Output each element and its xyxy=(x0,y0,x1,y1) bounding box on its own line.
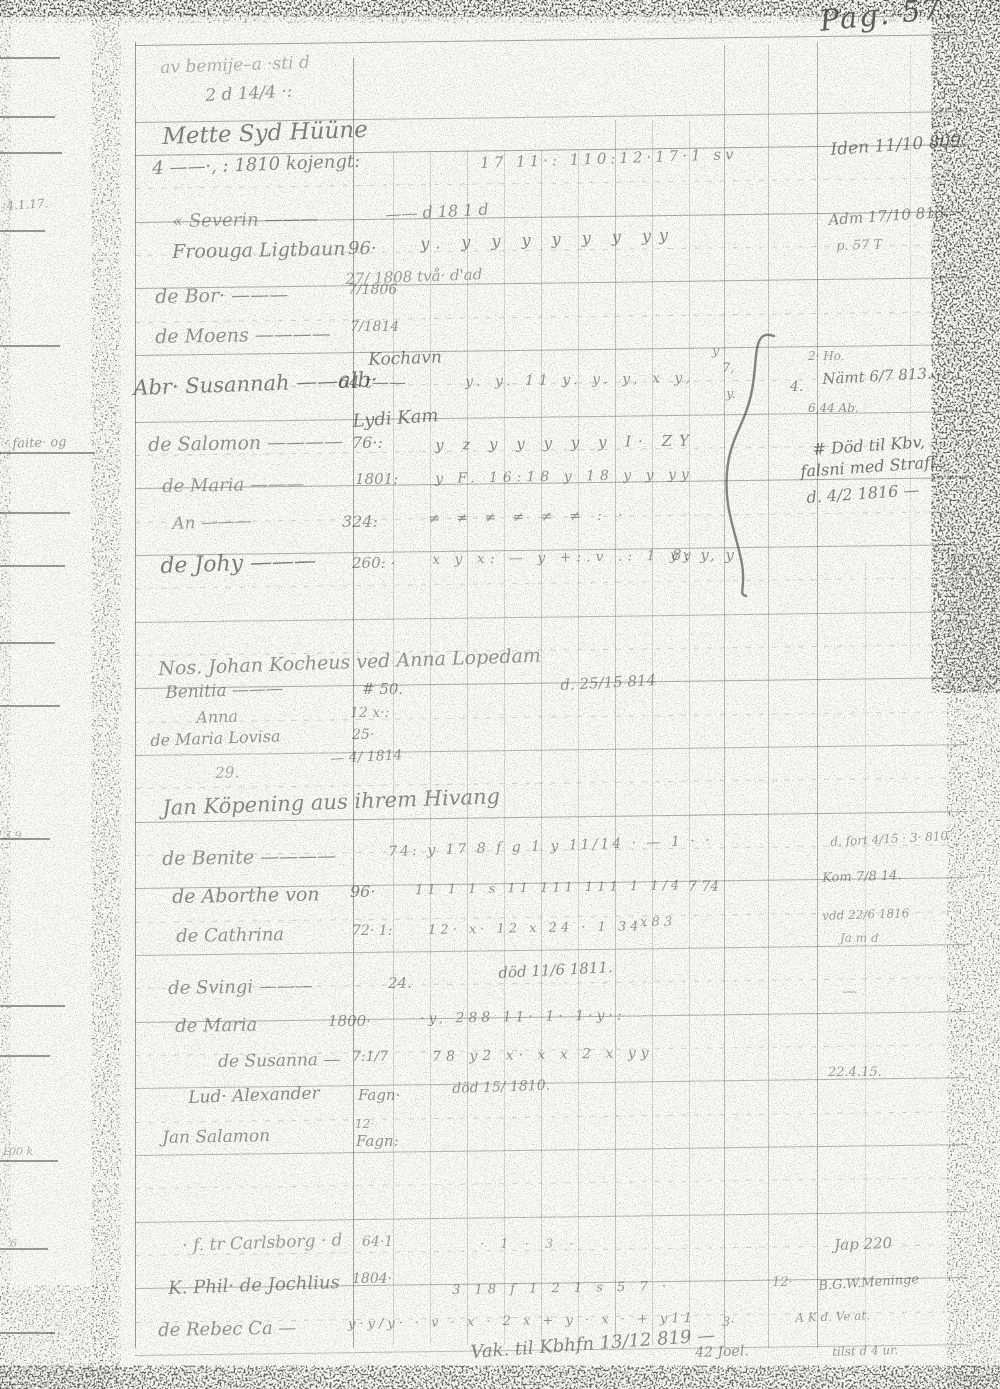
handwritten-text: 260: · xyxy=(352,556,395,571)
handwritten-text: de Johy ——— xyxy=(160,551,316,578)
handwritten-text: 12· x· 12 x 24 · 1 34· xyxy=(428,920,651,937)
handwritten-text: 96· xyxy=(350,884,375,900)
handwritten-text: 1800· xyxy=(328,1014,371,1029)
handwritten-text: x 8 3 xyxy=(640,916,672,929)
handwritten-text: 7 74 xyxy=(688,880,719,894)
handwritten-text: de Salomon ———— xyxy=(148,433,343,455)
left-page-line-stub xyxy=(0,230,45,232)
handwritten-text: 25· xyxy=(352,728,374,742)
handwritten-text: Jap 220 xyxy=(834,1236,892,1253)
row-rule-line xyxy=(135,944,968,956)
handwritten-text: 76·: xyxy=(352,435,383,451)
handwritten-text: ≠ ≠ ≠ ≠ ≠ ≠ : · xyxy=(428,508,629,526)
handwritten-text: · faite· og xyxy=(4,436,67,451)
left-page-line-stub xyxy=(0,1005,65,1007)
handwritten-text: 3· xyxy=(722,1316,734,1329)
handwritten-text: död 11/6 1811. xyxy=(498,960,613,981)
handwritten-text: 72· 1: xyxy=(352,924,392,938)
handwritten-text: 6 xyxy=(10,1238,17,1249)
column-rule-line xyxy=(689,120,690,1345)
handwritten-text: p. 57 T xyxy=(836,238,882,253)
column-rule-line xyxy=(652,120,653,1345)
row-rule-line xyxy=(135,577,968,589)
handwritten-text: Jan Salamon xyxy=(162,1128,270,1147)
handwritten-text: d. 25/15 814 xyxy=(560,673,656,693)
handwritten-text: # 50. xyxy=(362,682,403,697)
handwritten-text: Kom 7/8 14. xyxy=(822,869,902,885)
left-page-line-stub xyxy=(0,565,65,567)
handwritten-text: Adm 17/10 813. xyxy=(828,205,950,228)
handwritten-text: Vak. til Kbhfn 13/12 819 — xyxy=(470,1327,716,1362)
scanned-ledger-page: Pag. 57. av bemije–a ·sti d2 d 14/4 ·:Me… xyxy=(0,0,1000,1389)
row-rule-line xyxy=(135,311,968,323)
column-rule-line xyxy=(768,45,769,1348)
handwritten-text: de Benite ———— xyxy=(162,847,336,869)
handwritten-text: Froouga Ligtbaun xyxy=(172,240,346,262)
handwritten-text: 64 t—— xyxy=(338,375,406,392)
handwritten-text: de Rebec Ca — xyxy=(158,1320,297,1340)
left-page-line-stub xyxy=(0,345,60,347)
left-page-line-stub xyxy=(0,1248,48,1250)
bottom-left-stain xyxy=(0,1295,100,1389)
row-rule-line xyxy=(135,711,968,723)
handwritten-text: 22.4.15. xyxy=(828,1066,882,1079)
scan-noise-overlay xyxy=(0,0,1000,1389)
handwritten-text: ·y, 288 11· 1· 1·y·: xyxy=(420,1008,626,1026)
left-page-line-stub xyxy=(0,1055,50,1057)
handwritten-text: de Aborthe von xyxy=(172,885,320,907)
handwritten-text: de Bor· ——— xyxy=(155,286,288,307)
handwritten-text: Fagn· xyxy=(358,1088,400,1103)
handwritten-text: Nämt 6/7 813. xyxy=(822,366,932,387)
handwritten-text: Iden 11/10 809. xyxy=(830,132,967,158)
paper-grain xyxy=(0,0,1000,1389)
handwritten-text: x y x: — y +:.v .: 1 yy xyxy=(432,548,696,567)
handwritten-text: 24. xyxy=(388,976,412,991)
right-edge-shadow xyxy=(938,0,1000,630)
handwritten-text: de Maria xyxy=(175,1017,257,1036)
handwritten-text: 12 x·: xyxy=(350,706,389,720)
handwritten-text: 324: xyxy=(342,514,378,530)
handwritten-text: 29. xyxy=(215,765,239,781)
column-rule-line xyxy=(504,150,505,1345)
handwritten-text: 2 d 14/4 ·: xyxy=(205,83,293,105)
handwritten-text: « Severin ——— xyxy=(172,210,319,231)
handwritten-text: 74: y 17 8 f g 1 y 11/14 · — 1 · · xyxy=(388,834,713,859)
page-number: Pag. 57. xyxy=(818,0,955,38)
column-rule-line xyxy=(430,150,431,1345)
row-rule-line xyxy=(135,777,968,789)
left-page-line-stub xyxy=(0,1332,55,1334)
column-rule-line xyxy=(724,45,725,1348)
handwritten-text: 96· xyxy=(348,240,377,258)
handwritten-text: 3,9 xyxy=(4,830,22,841)
handwritten-text: · 1 · 3 · xyxy=(480,1238,579,1251)
handwritten-text: 4 ——·, : 1810 kojengt: xyxy=(152,153,361,178)
handwritten-text: de Maria ——— xyxy=(162,476,304,496)
left-page-line-stub xyxy=(0,642,55,644)
handwritten-text: 12· xyxy=(355,1118,374,1130)
handwritten-text: Jan Köpening aus ihrem Hivang xyxy=(162,786,500,819)
column-rule-line xyxy=(135,42,136,1348)
handwritten-text: Fagn: xyxy=(356,1134,399,1149)
handwritten-text: —— d 18 1 d xyxy=(385,202,489,223)
handwritten-text: de Moens ———— xyxy=(155,325,331,347)
handwritten-text: 7:1/7 xyxy=(352,1050,388,1064)
left-page-line-stub xyxy=(0,152,62,154)
column-rule-line xyxy=(541,150,542,1345)
handwritten-text: 1801: xyxy=(355,472,398,487)
handwritten-text: d. 4/2 1816 — xyxy=(806,482,920,506)
handwritten-text: B.G.W.Meninge xyxy=(818,1273,920,1293)
handwritten-text: 7/1814 xyxy=(350,320,399,334)
handwritten-text: 4.1.17. xyxy=(6,197,49,212)
handwritten-text: Nos. Johan Kocheus ved Anna Lopedam xyxy=(158,647,541,679)
binding-gutter-shadow xyxy=(94,15,118,1389)
handwritten-text: Kochavn xyxy=(368,349,442,369)
handwritten-text: y. y. 11 y. y. y, x y, xyxy=(465,371,695,389)
handwritten-text: 2· Ho. xyxy=(808,350,845,362)
handwritten-text: 12· xyxy=(772,1276,793,1289)
handwritten-text: 4. xyxy=(790,380,803,394)
handwritten-text: tilst d 4 ur. xyxy=(832,1344,899,1358)
row-rule-line xyxy=(135,1211,968,1223)
handwritten-text: de Susanna — xyxy=(218,1052,341,1071)
handwritten-text: An ——— xyxy=(172,513,252,533)
left-page-line-stub xyxy=(0,116,55,118)
handwritten-text: K. Phil· de Jochlius xyxy=(168,1274,340,1298)
handwritten-text: de Cathrina xyxy=(176,926,284,946)
handwritten-text: Lud· Alexander xyxy=(188,1085,320,1107)
handwritten-text: y z y y y y y I· ZY xyxy=(435,433,696,453)
left-page-line-stub xyxy=(0,452,95,454)
row-rule-line xyxy=(135,1111,968,1123)
column-rule-line xyxy=(615,120,616,1345)
torn-bottom-edge xyxy=(0,1368,1000,1389)
handwritten-text: — 4/ 1814 xyxy=(330,748,403,766)
handwritten-text: 8: y, y xyxy=(672,548,737,563)
handwritten-text: de Svingi ——— xyxy=(168,977,313,998)
row-rule-line xyxy=(135,611,968,623)
handwritten-text: 7/1806 xyxy=(348,283,397,297)
handwritten-text: y F. 16:18 y 18 y y yy xyxy=(435,467,694,486)
handwritten-text: Benitia ——— xyxy=(165,681,283,702)
handwritten-text: y. xyxy=(726,388,736,401)
handwritten-text: Ja m d xyxy=(840,932,879,944)
handwritten-text: A K d. Ve at. xyxy=(795,1309,870,1324)
row-rule-line xyxy=(135,34,968,46)
handwritten-text: 3 18 f 1 2 1 s 5 7 · xyxy=(452,1280,671,1297)
left-page-line-stub xyxy=(0,705,60,707)
handwritten-text: död 15/ 1810. xyxy=(452,1079,550,1096)
handwritten-text: de Maria Lovisa xyxy=(150,728,281,749)
handwritten-text: 78 y2 x· x x 2 x yy xyxy=(432,1046,654,1064)
handwritten-text: 64·1 xyxy=(362,1235,393,1249)
handwritten-text: Lydi Kam xyxy=(352,407,439,431)
handwritten-text: 100 k xyxy=(2,1146,33,1157)
handwritten-text: vdd 22/6 1816 xyxy=(822,907,910,922)
left-page-line-stub xyxy=(0,57,60,59)
column-rule-line xyxy=(817,42,818,1348)
handwritten-text: y·y/y· · v · x · 2 x + y · x · + y11 xyxy=(348,1312,696,1331)
column-rule-line xyxy=(467,150,468,1345)
row-rule-line xyxy=(135,1177,968,1189)
handwritten-text: av bemije–a ·sti d xyxy=(160,55,310,77)
left-page-line-stub xyxy=(0,1160,58,1162)
handwritten-text: Anna xyxy=(196,709,238,726)
left-page-line-stub xyxy=(0,512,70,514)
handwritten-text: y xyxy=(712,345,719,358)
handwritten-text: 42 Joel. xyxy=(695,1344,749,1360)
handwritten-text: Mette Syd Hüüne xyxy=(162,119,368,149)
column-rule-line xyxy=(578,150,579,1345)
handwritten-text: 11 1 1 s 11 111 111 1 1/4 · xyxy=(415,879,700,897)
row-rule-line xyxy=(135,177,968,189)
handwritten-text: 7, xyxy=(722,362,734,375)
handwritten-text: 6,44 Ab. xyxy=(808,402,859,414)
handwritten-text: 1804· xyxy=(352,1272,392,1286)
handwritten-text: — xyxy=(842,985,856,999)
